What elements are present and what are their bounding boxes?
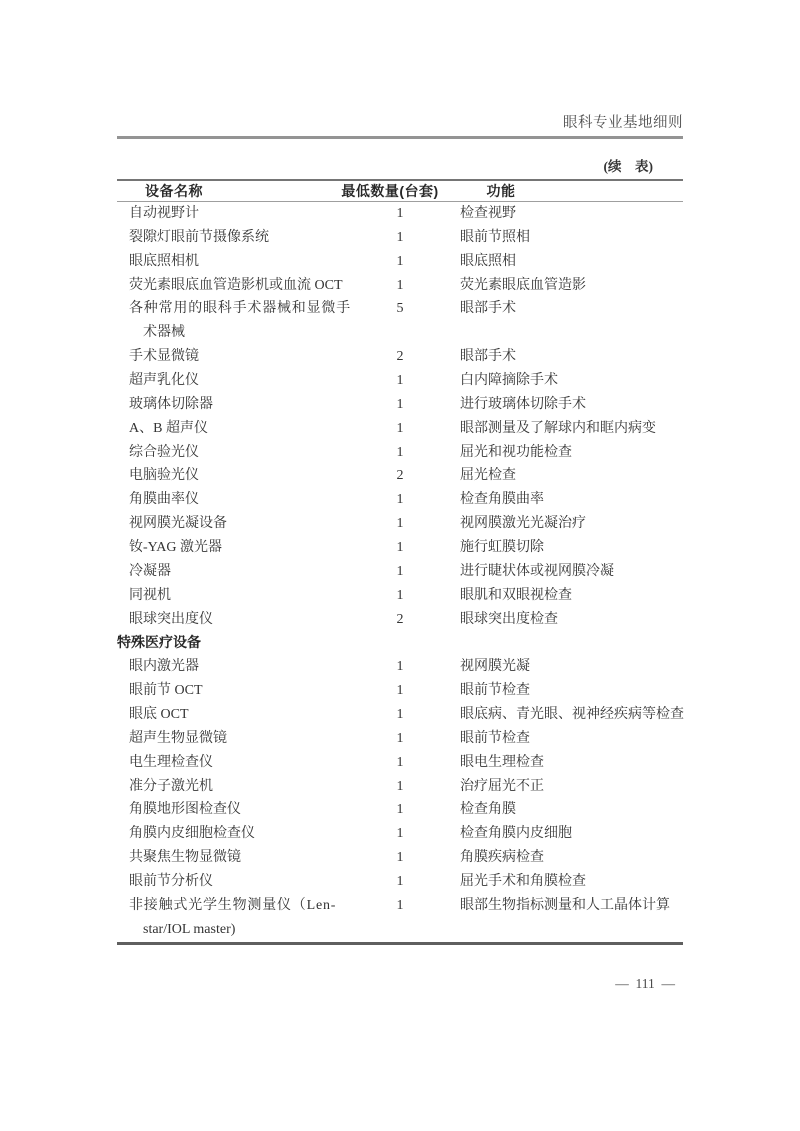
quantity-value: 1 [370, 488, 430, 512]
equipment-name: 综合验光仪 [129, 441, 199, 465]
quantity-value: 2 [370, 464, 430, 488]
quantity-value: 1 [370, 250, 430, 274]
document-page: 眼科专业基地细则 (续 表) 设备名称 最低数量(台套) 功能 自动视野计1检查… [0, 0, 800, 1131]
quantity-value: 1 [370, 894, 430, 918]
function-text: 眼底照相 [460, 250, 516, 274]
running-header-title: 眼科专业基地细则 [563, 111, 683, 132]
column-header-equipment-name: 设备名称 [145, 181, 203, 201]
equipment-name: 眼前节分析仪 [129, 870, 213, 894]
table-row: 电生理检查仪1眼电生理检查 [117, 751, 683, 775]
function-text: 施行虹膜切除 [460, 536, 544, 560]
quantity-value: 1 [370, 703, 430, 727]
function-text: 眼前节照相 [460, 226, 530, 250]
table-row: 眼底照相机1眼底照相 [117, 250, 683, 274]
running-header-rule [117, 136, 683, 139]
table-bottom-rule [117, 942, 683, 945]
quantity-value: 1 [370, 512, 430, 536]
quantity-value: 1 [370, 679, 430, 703]
continued-table-label: (续 表) [604, 155, 654, 175]
table-row: 角膜内皮细胞检查仪1检查角膜内皮细胞 [117, 822, 683, 846]
function-text: 白内障摘除手术 [460, 369, 558, 393]
table-row: 眼内激光器1视网膜光凝 [117, 655, 683, 679]
function-text: 进行玻璃体切除手术 [460, 393, 586, 417]
table-row: 钕-YAG 激光器1施行虹膜切除 [117, 536, 683, 560]
equipment-name: 角膜曲率仪 [129, 488, 199, 512]
table-row: 裂隙灯眼前节摄像系统1眼前节照相 [117, 226, 683, 250]
function-text: 治疗屈光不正 [460, 775, 544, 799]
table-row: 眼前节分析仪1屈光手术和角膜检查 [117, 870, 683, 894]
table-row: 角膜曲率仪1检查角膜曲率 [117, 488, 683, 512]
equipment-name: 眼前节 OCT [129, 679, 203, 703]
function-text: 眼电生理检查 [460, 751, 544, 775]
equipment-name: 眼底 OCT [129, 703, 189, 727]
equipment-name: 玻璃体切除器 [129, 393, 213, 417]
table-row-continuation: 术器械 [117, 321, 683, 345]
section-title: 特殊医疗设备 [117, 631, 201, 655]
function-text: 眼部手术 [460, 297, 516, 321]
function-text: 眼部测量及了解球内和眶内病变 [460, 417, 656, 441]
table-row: 各种常用的眼科手术器械和显微手5眼部手术 [117, 297, 683, 321]
table-row: 荧光素眼底血管造影机或血流 OCT1荧光素眼底血管造影 [117, 274, 683, 298]
equipment-name: 眼内激光器 [129, 655, 199, 679]
table-row: 共聚焦生物显微镜1角膜疾病检查 [117, 846, 683, 870]
section-header-row: 特殊医疗设备 [117, 631, 683, 655]
function-text: 视网膜光凝 [460, 655, 530, 679]
quantity-value: 1 [370, 393, 430, 417]
equipment-name: 荧光素眼底血管造影机或血流 OCT [129, 274, 343, 298]
equipment-name: 电生理检查仪 [129, 751, 213, 775]
page-number: — 111 — [615, 976, 675, 992]
table-row: 眼底 OCT1眼底病、青光眼、视神经疾病等检查 [117, 703, 683, 727]
table-row: 玻璃体切除器1进行玻璃体切除手术 [117, 393, 683, 417]
quantity-value: 5 [370, 297, 430, 321]
table-header-row: 设备名称 最低数量(台套) 功能 [117, 179, 683, 202]
quantity-value: 1 [370, 775, 430, 799]
equipment-name: 非接触式光学生物测量仪（Len- [129, 894, 336, 918]
function-text: 视网膜激光光凝治疗 [460, 512, 586, 536]
equipment-name: 共聚焦生物显微镜 [129, 846, 241, 870]
function-text: 检查角膜内皮细胞 [460, 822, 572, 846]
table-row: 非接触式光学生物测量仪（Len-1眼部生物指标测量和人工晶体计算 [117, 894, 683, 918]
function-text: 进行睫状体或视网膜冷凝 [460, 560, 614, 584]
quantity-value: 2 [370, 345, 430, 369]
equipment-name: 角膜内皮细胞检查仪 [129, 822, 255, 846]
table-row: 超声生物显微镜1眼前节检查 [117, 727, 683, 751]
function-text: 眼前节检查 [460, 679, 530, 703]
equipment-name: 裂隙灯眼前节摄像系统 [129, 226, 269, 250]
table-row: 眼前节 OCT1眼前节检查 [117, 679, 683, 703]
quantity-value: 1 [370, 727, 430, 751]
table-row: 同视机1眼肌和双眼视检查 [117, 584, 683, 608]
equipment-name: 眼球突出度仪 [129, 608, 213, 632]
table-row: A、B 超声仪1眼部测量及了解球内和眶内病变 [117, 417, 683, 441]
table-row: 自动视野计1检查视野 [117, 202, 683, 226]
page-content: 眼科专业基地细则 (续 表) 设备名称 最低数量(台套) 功能 自动视野计1检查… [117, 0, 683, 1131]
equipment-name: 自动视野计 [129, 202, 199, 226]
table-row: 冷凝器1进行睫状体或视网膜冷凝 [117, 560, 683, 584]
quantity-value: 1 [370, 584, 430, 608]
equipment-name: 角膜地形图检查仪 [129, 798, 241, 822]
table-row: 眼球突出度仪2眼球突出度检查 [117, 608, 683, 632]
equipment-name: 视网膜光凝设备 [129, 512, 227, 536]
quantity-value: 1 [370, 202, 430, 226]
function-text: 屈光手术和角膜检查 [460, 870, 586, 894]
equipment-name-continued: star/IOL master) [143, 918, 235, 942]
quantity-value: 1 [370, 274, 430, 298]
quantity-value: 1 [370, 655, 430, 679]
function-text: 荧光素眼底血管造影 [460, 274, 586, 298]
function-text: 眼部生物指标测量和人工晶体计算 [460, 894, 670, 918]
function-text: 眼肌和双眼视检查 [460, 584, 572, 608]
table-row: 视网膜光凝设备1视网膜激光光凝治疗 [117, 512, 683, 536]
equipment-name: A、B 超声仪 [129, 417, 208, 441]
function-text: 眼底病、青光眼、视神经疾病等检查 [460, 703, 684, 727]
equipment-name: 冷凝器 [129, 560, 171, 584]
function-text: 眼球突出度检查 [460, 608, 558, 632]
function-text: 检查角膜 [460, 798, 516, 822]
equipment-name-continued: 术器械 [143, 321, 185, 345]
equipment-name: 同视机 [129, 584, 171, 608]
equipment-name: 手术显微镜 [129, 345, 199, 369]
equipment-name: 各种常用的眼科手术器械和显微手 [129, 297, 351, 321]
function-text: 眼部手术 [460, 345, 516, 369]
table-row: 角膜地形图检查仪1检查角膜 [117, 798, 683, 822]
table-row: 超声乳化仪1白内障摘除手术 [117, 369, 683, 393]
function-text: 角膜疾病检查 [460, 846, 544, 870]
function-text: 屈光和视功能检查 [460, 441, 572, 465]
quantity-value: 1 [370, 822, 430, 846]
quantity-value: 1 [370, 226, 430, 250]
quantity-value: 1 [370, 560, 430, 584]
equipment-name: 超声乳化仪 [129, 369, 199, 393]
equipment-name: 钕-YAG 激光器 [129, 536, 222, 560]
function-text: 眼前节检查 [460, 727, 530, 751]
table-row: 电脑验光仪2屈光检查 [117, 464, 683, 488]
quantity-value: 1 [370, 798, 430, 822]
table-row: 准分子激光机1治疗屈光不正 [117, 775, 683, 799]
quantity-value: 1 [370, 441, 430, 465]
quantity-value: 1 [370, 417, 430, 441]
quantity-value: 1 [370, 870, 430, 894]
function-text: 检查视野 [460, 202, 516, 226]
column-header-minimum-quantity: 最低数量(台套) [320, 181, 460, 201]
table-row: 手术显微镜2眼部手术 [117, 345, 683, 369]
equipment-name: 准分子激光机 [129, 775, 213, 799]
equipment-name: 超声生物显微镜 [129, 727, 227, 751]
function-text: 屈光检查 [460, 464, 516, 488]
quantity-value: 1 [370, 369, 430, 393]
quantity-value: 1 [370, 536, 430, 560]
equipment-name: 眼底照相机 [129, 250, 199, 274]
quantity-value: 1 [370, 751, 430, 775]
column-header-function: 功能 [471, 181, 531, 201]
table-row-continuation: star/IOL master) [117, 918, 683, 942]
table-row: 综合验光仪1屈光和视功能检查 [117, 441, 683, 465]
table-body: 自动视野计1检查视野裂隙灯眼前节摄像系统1眼前节照相眼底照相机1眼底照相荧光素眼… [117, 202, 683, 942]
equipment-name: 电脑验光仪 [129, 464, 199, 488]
quantity-value: 1 [370, 846, 430, 870]
quantity-value: 2 [370, 608, 430, 632]
function-text: 检查角膜曲率 [460, 488, 544, 512]
